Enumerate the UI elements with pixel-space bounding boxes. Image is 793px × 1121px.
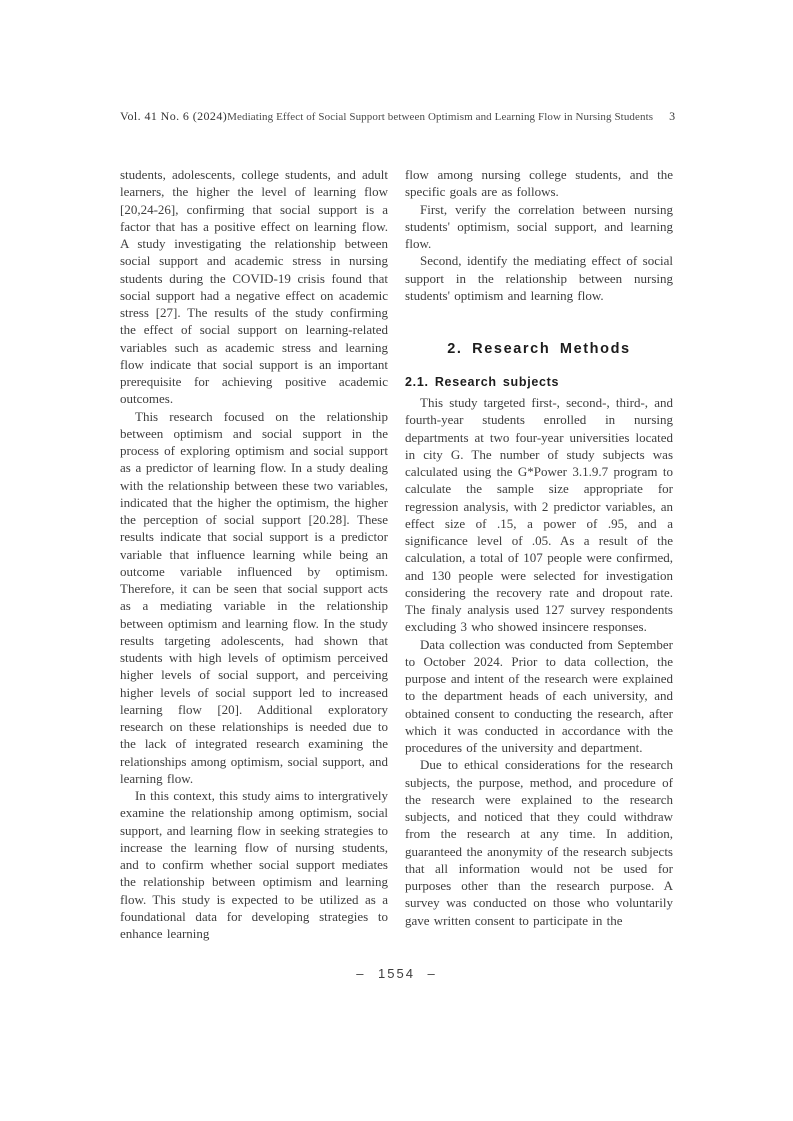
right-column: flow among nursing college students, and… bbox=[405, 166, 673, 942]
two-column-body: students, adolescents, college students,… bbox=[120, 166, 673, 942]
paragraph-continuation: flow among nursing college students, and… bbox=[405, 166, 673, 201]
header-volume-info: Vol. 41 No. 6 (2024) bbox=[120, 109, 227, 124]
header-page-number: 3 bbox=[669, 109, 675, 124]
page-header: Vol. 41 No. 6 (2024) Mediating Effect of… bbox=[120, 109, 673, 124]
paragraph: Data collection was conducted from Septe… bbox=[405, 636, 673, 757]
paragraph-continuation: students, adolescents, college students,… bbox=[120, 166, 388, 408]
paragraph: In this context, this study aims to inte… bbox=[120, 787, 388, 942]
header-right-group: Mediating Effect of Social Support betwe… bbox=[227, 109, 675, 124]
paragraph-goal-first: First, verify the correlation between nu… bbox=[405, 201, 673, 253]
footer-page-number: – 1554 – bbox=[356, 966, 437, 981]
left-column: students, adolescents, college students,… bbox=[120, 166, 388, 942]
subsection-heading-research-subjects: 2.1. Research subjects bbox=[405, 375, 673, 389]
header-running-title: Mediating Effect of Social Support betwe… bbox=[227, 111, 653, 123]
journal-article-page: Vol. 41 No. 6 (2024) Mediating Effect of… bbox=[0, 0, 793, 1121]
section-heading-research-methods: 2. Research Methods bbox=[405, 341, 673, 357]
paragraph: This study targeted first-, second-, thi… bbox=[405, 394, 673, 636]
page-footer: – 1554 – bbox=[0, 966, 793, 981]
paragraph: Due to ethical considerations for the re… bbox=[405, 756, 673, 929]
paragraph: This research focused on the relationshi… bbox=[120, 408, 388, 788]
paragraph-goal-second: Second, identify the mediating effect of… bbox=[405, 252, 673, 304]
